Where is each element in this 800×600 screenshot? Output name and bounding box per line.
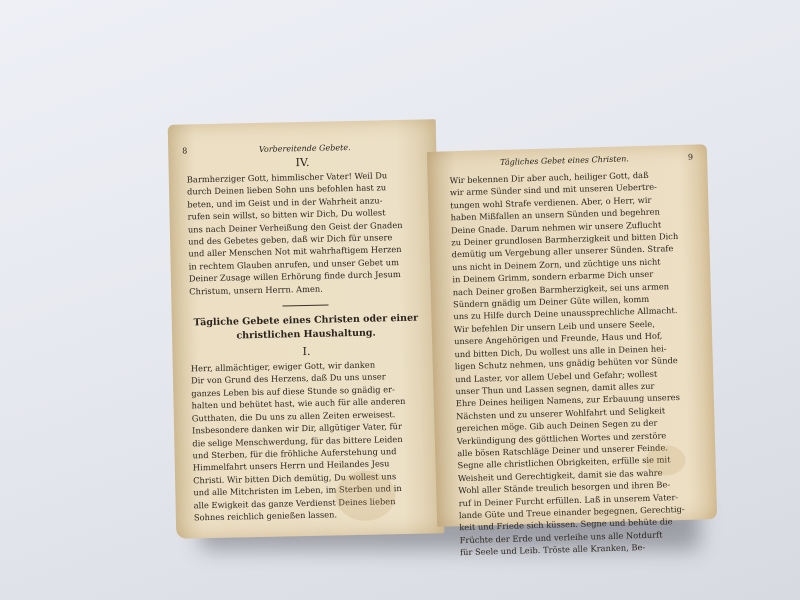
divider-rule: [283, 305, 329, 307]
right-page: Tägliches Gebet eines Christen. 9 Wir be…: [427, 144, 717, 527]
prayer-paragraph: Herr, allmächtiger, ewiger Gott, wir dan…: [173, 357, 444, 524]
running-head: Tägliches Gebet eines Christen.: [441, 153, 688, 169]
prayer-paragraph: Barmherziger Gott, himmlischer Vater! We…: [169, 168, 440, 298]
section-title: Tägliche Gebete eines Christen oder eine…: [172, 311, 441, 345]
right-page-header: Tägliches Gebet eines Christen. 9: [427, 152, 707, 169]
page-number: 9: [688, 153, 693, 162]
prayer-paragraph: Wir bekennen Dir aber auch, heiliger Got…: [427, 167, 711, 324]
prayer-paragraph: Wir befehlen Dir unsern Leib und unsere …: [432, 316, 718, 559]
left-page: 8 Vorbereitende Gebete. IV. Barmherziger…: [168, 119, 445, 539]
